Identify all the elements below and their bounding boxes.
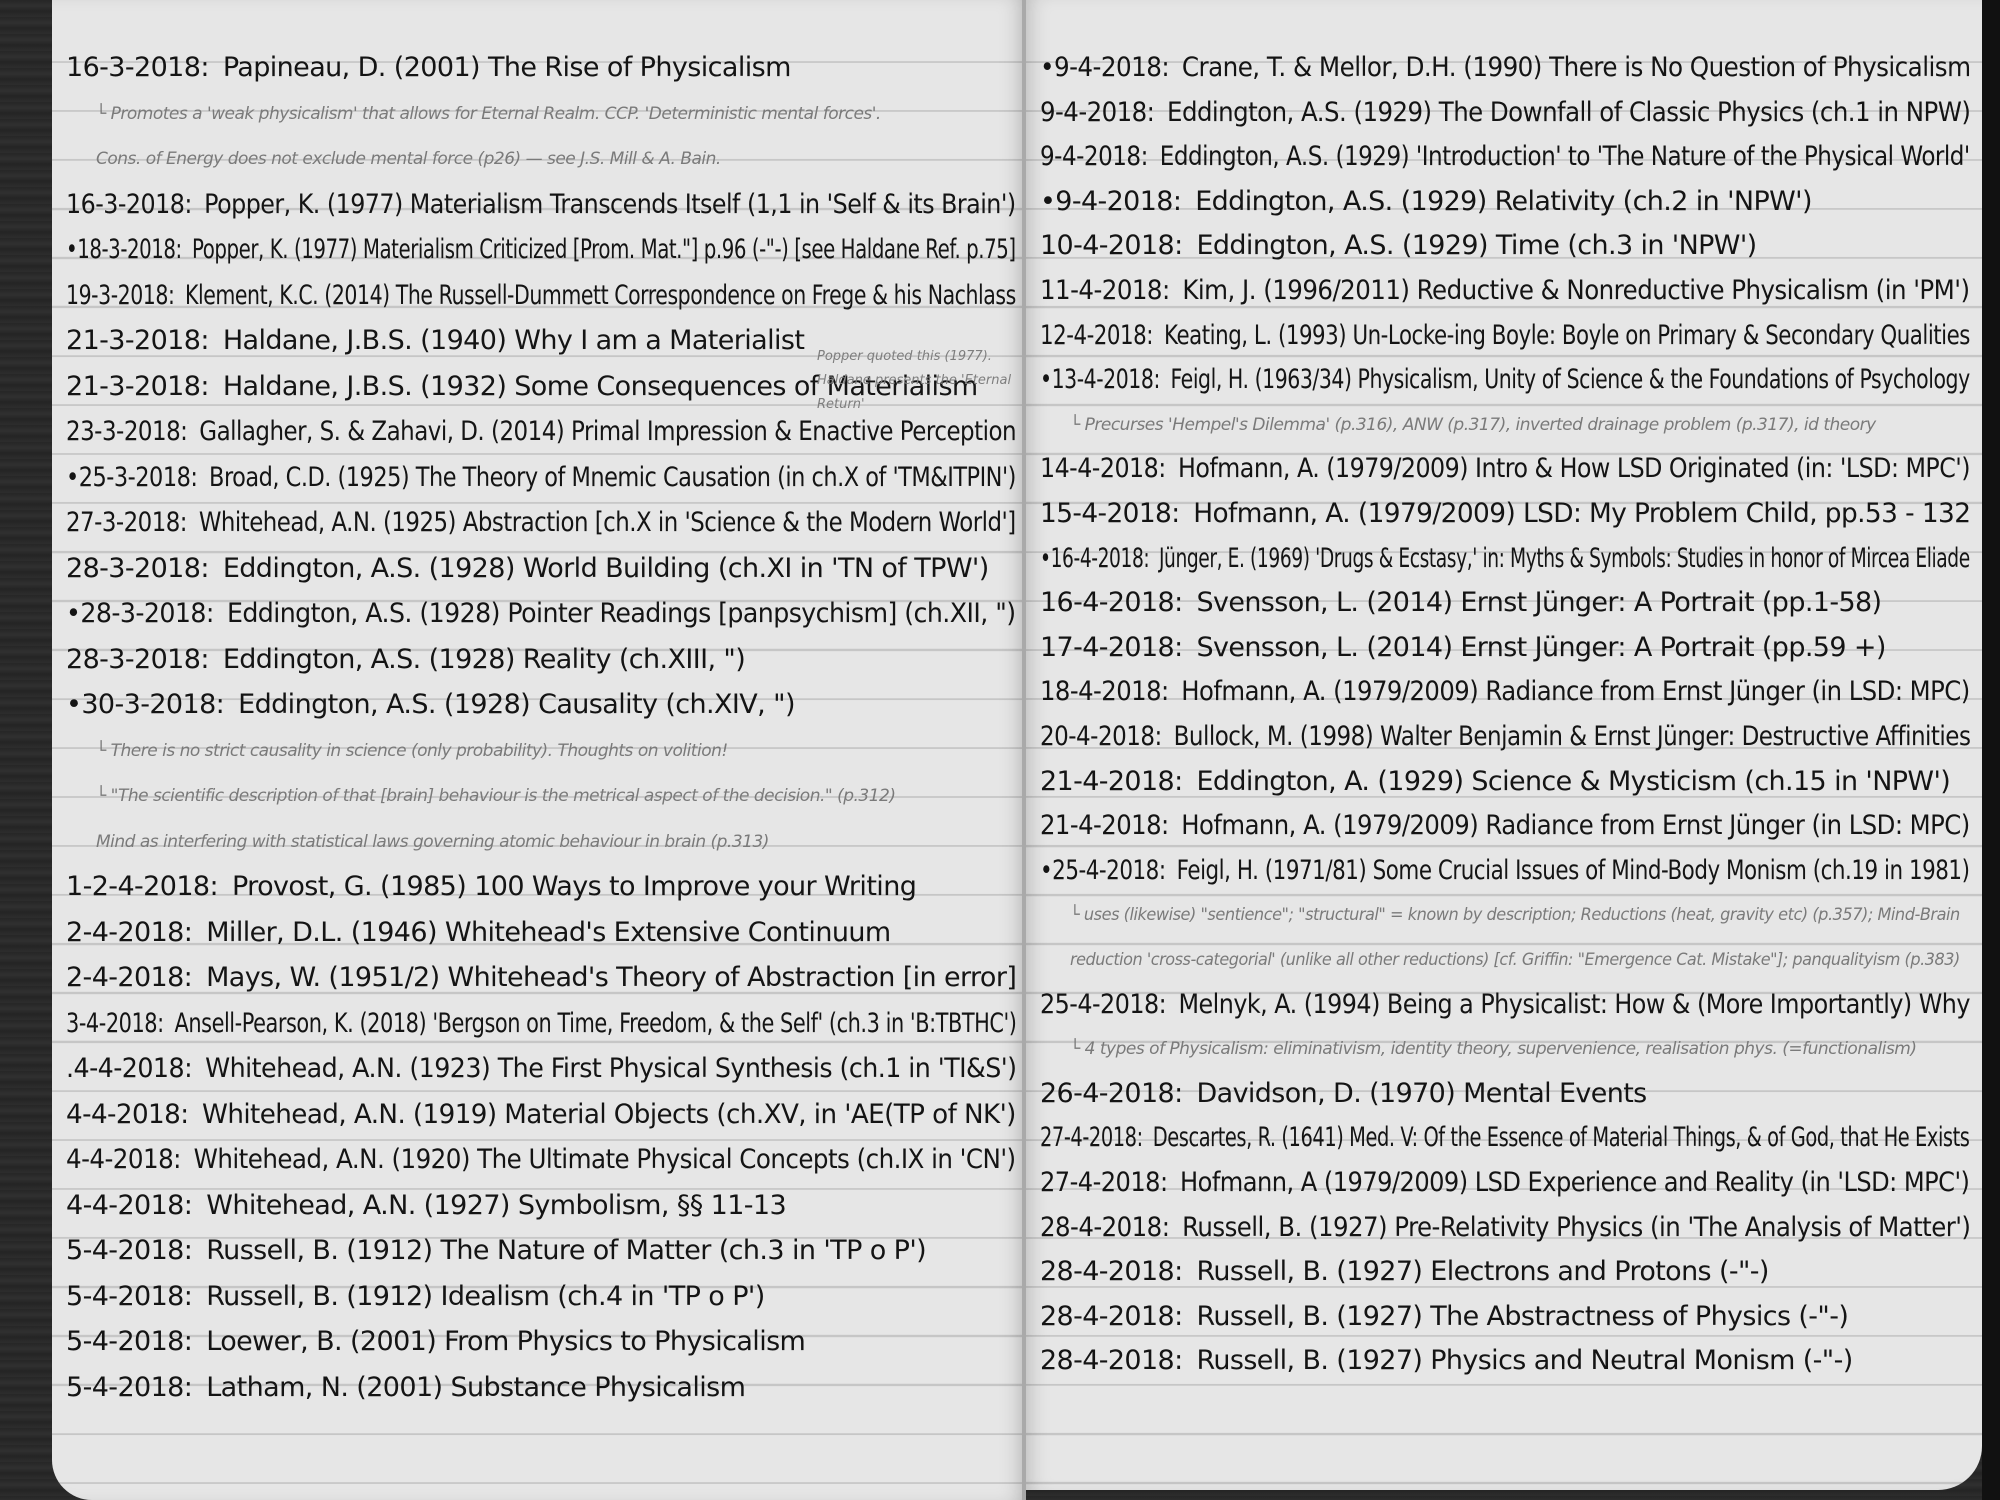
entry-date: 27-4-2018: [1040, 1122, 1148, 1153]
entry-extra: (in 'The Analysis of Matter') [1650, 1212, 1970, 1243]
entry-annotation: Cons. of Energy does not exclude mental … [96, 149, 721, 169]
entry-date: •30-3-2018: [66, 689, 232, 720]
entry-date: 5-4-2018: [66, 1326, 200, 1357]
log-entry: 12-4-2018: Keating, L. (1993) Un-Locke-i… [1040, 320, 1777, 351]
log-entry: 26-4-2018: Davidson, D. (1970) Mental Ev… [1040, 1078, 1970, 1109]
entry-author: Keating, L. [1164, 320, 1278, 351]
entry-date: 28-3-2018: [66, 553, 217, 584]
entry-year: (1927) [1336, 1345, 1430, 1376]
log-entry: 17-4-2018: Svensson, L. (2014) Ernst Jün… [1040, 632, 1970, 663]
entry-title: 'Drugs & Ecstasy,' [1315, 543, 1482, 574]
entry-date: •28-3-2018: [66, 598, 221, 629]
entry-year: (1979/2009) [1358, 498, 1523, 529]
log-entry: 28-3-2018: Eddington, A.S. (1928) Realit… [66, 644, 1014, 675]
entry-date: 1-2-4-2018: [66, 871, 226, 902]
entry-year: (1977) [327, 189, 410, 220]
entry-date: •9-4-2018: [1040, 186, 1189, 217]
log-entry: 2-4-2018: Mays, W. (1951/2) Whitehead's … [66, 962, 1013, 993]
entry-date: 25-4-2018: [1040, 989, 1173, 1020]
entry-year: (1951/2) [328, 962, 447, 993]
entry-title: Being a Physicalist: How & (More Importa… [1387, 989, 1970, 1020]
log-entry: 23-3-2018: Gallagher, S. & Zahavi, D. (2… [66, 416, 872, 447]
entry-title: The First Physical Synthesis [498, 1053, 840, 1084]
entry-year: (1994) [1304, 989, 1387, 1020]
entry-year: (1970) [1369, 1078, 1463, 1109]
entry-title: Walter Benjamin & Ernst Jünger: Destruct… [1380, 721, 1970, 752]
entry-date: 28-3-2018: [66, 644, 217, 675]
entry-year: (1929) [1377, 766, 1471, 797]
entry-year: (1925) [338, 462, 416, 493]
entry-year: (1969) [1250, 543, 1315, 574]
entry-extra: (ch.IX in 'CN') [857, 1144, 1016, 1175]
entry-annotation: └ Precurses 'Hempel's Dilemma' (p.316), … [1070, 415, 1876, 435]
entry-date: 21-4-2018: [1040, 766, 1191, 797]
entry-date: 27-3-2018: [66, 507, 194, 538]
entry-author: Eddington, A.S. [227, 598, 419, 629]
entry-year: (1920) [391, 1144, 477, 1175]
log-entry: 1-2-4-2018: Provost, G. (1985) 100 Ways … [66, 871, 1014, 902]
entry-date: 4-4-2018: [66, 1099, 196, 1130]
entry-date: 23-3-2018: [66, 416, 194, 447]
entry-author: Latham, N. [206, 1372, 356, 1403]
entry-author: Russell, B. [206, 1281, 346, 1312]
entry-title: Physicalism, Unity of Science & the Foun… [1358, 364, 1970, 395]
log-entry: •25-3-2018: Broad, C.D. (1925) The Theor… [66, 462, 854, 493]
log-entry: 27-4-2018: Hofmann, A (1979/2009) LSD Ex… [1040, 1167, 1872, 1198]
entry-date: 3-4-2018: [66, 1008, 170, 1039]
entry-author: Klement, K.C. [185, 280, 324, 311]
entry-title: The Russell-Dummett Correspondence on Fr… [396, 280, 1016, 311]
entry-title: Time [1496, 230, 1568, 261]
entry-annotation: └ There is no strict causality in scienc… [96, 741, 728, 761]
log-entry: 14-4-2018: Hofmann, A. (1979/2009) Intro… [1040, 453, 1860, 484]
notebook-left-page: 16-3-2018: Papineau, D. (2001) The Rise … [52, 0, 1024, 1500]
entry-year: (1927) [1309, 1212, 1394, 1243]
entry-date: 16-3-2018: [66, 52, 217, 83]
entry-title: Radiance from Ernst Jünger [1485, 810, 1811, 841]
notebook-right-page: •9-4-2018: Crane, T. & Mellor, D.H. (199… [1026, 0, 1982, 1490]
log-entry: 16-3-2018: Papineau, D. (2001) The Rise … [66, 52, 1014, 83]
entry-author: Hofmann, A. [1181, 810, 1333, 841]
entry-title: The Downfall of Classic Physics [1439, 97, 1811, 128]
entry-author: Feigl, H. [1177, 855, 1265, 886]
entry-author: Eddington, A.S. [1196, 230, 1401, 261]
log-entry: 16-4-2018: Svensson, L. (2014) Ernst Jün… [1040, 587, 1970, 618]
log-entry: 5-4-2018: Loewer, B. (2001) From Physics… [66, 1326, 1014, 1357]
entry-title: The Rise of Physicalism [488, 52, 791, 83]
entry-annotation: Mind as interfering with statistical law… [96, 832, 769, 852]
entry-extra: (ch.15 in 'NPW') [1744, 766, 1950, 797]
log-entry: •13-4-2018: Feigl, H. (1963/34) Physical… [1040, 364, 1746, 395]
entry-title: Med. V: Of the Essence of Material Thing… [1349, 1122, 1969, 1153]
log-entry: •30-3-2018: Eddington, A.S. (1928) Causa… [66, 689, 1014, 720]
log-entry: 18-4-2018: Hofmann, A. (1979/2009) Radia… [1040, 676, 1880, 707]
entry-year: (2014) [1366, 632, 1460, 663]
entry-author: Whitehead, A.N. [202, 1099, 413, 1130]
entry-title: There is No Question of Physicalism [1549, 52, 1970, 83]
entry-date: 5-4-2018: [66, 1235, 200, 1266]
log-entry: •9-4-2018: Crane, T. & Mellor, D.H. (199… [1040, 52, 1890, 83]
entry-extra: (in ch.X of 'TM&ITPIN') [777, 462, 1016, 493]
entry-title: World Building [523, 553, 718, 584]
entry-date: 18-4-2018: [1040, 676, 1176, 707]
entry-extra: (-"-) [1798, 1301, 1848, 1332]
entry-title: Pointer Readings [507, 598, 718, 629]
entry-year: (2018) [359, 1008, 432, 1039]
entry-date: 28-4-2018: [1040, 1256, 1191, 1287]
entry-extra: §§ 11-13 [677, 1190, 786, 1221]
log-entry: 27-3-2018: Whitehead, A.N. (1925) Abstra… [66, 507, 869, 538]
entry-year: (2001) [350, 1326, 444, 1357]
entry-title: From Physics to Physicalism [444, 1326, 805, 1357]
entry-author: Jünger, E. [1159, 543, 1250, 574]
log-entry: 9-4-2018: Eddington, A.S. (1929) The Dow… [1040, 97, 1884, 128]
entry-date: 15-4-2018: [1040, 498, 1187, 529]
entry-date: 17-4-2018: [1040, 632, 1191, 663]
log-entry: 15-4-2018: Hofmann, A. (1979/2009) LSD: … [1040, 498, 1951, 529]
entry-extra: (ch.1 in 'TI&S') [840, 1053, 1017, 1084]
entry-year: (1929) [1353, 97, 1438, 128]
margin-annotation: Popper quoted this (1977). Haldane prese… [817, 345, 1017, 417]
entry-year: (2014) [491, 416, 571, 447]
entry-author: Eddington, A. [1196, 766, 1377, 797]
entry-author: Haldane, J.B.S. [223, 325, 420, 356]
log-entry: •28-3-2018: Eddington, A.S. (1928) Point… [66, 598, 952, 629]
entry-year: (1932) [420, 371, 514, 402]
entry-author: Svensson, L. [1196, 632, 1366, 663]
entry-title: Abstraction [463, 507, 595, 538]
entry-author: Hofmann, A. [1181, 676, 1333, 707]
log-entry: 21-4-2018: Eddington, A. (1929) Science … [1040, 766, 1970, 797]
entry-year: (1929) [1401, 186, 1495, 217]
entry-extra: [ch.X in 'Science & the Modern World'] [595, 507, 1016, 538]
entry-title: 'Bergson on Time, Freedom, & the Self' [432, 1008, 829, 1039]
entry-author: Melnyk, A. [1178, 989, 1303, 1020]
entry-year: (1927) [1336, 1301, 1430, 1332]
entry-date: 19-3-2018: [66, 280, 180, 311]
entry-extra: in: Myths & Symbols: Studies in honor of… [1482, 543, 1969, 574]
entry-date: 14-4-2018: [1040, 453, 1173, 484]
entry-title: Un-Locke-ing Boyle: Boyle on Primary & S… [1352, 320, 1970, 351]
entry-extra: (in 'PM') [1876, 275, 1970, 306]
entry-year: (1923) [409, 1053, 497, 1084]
entry-title: Substance Physicalism [450, 1372, 745, 1403]
entry-year: (1919) [413, 1099, 504, 1130]
log-entry: .4-4-2018: Whitehead, A.N. (1923) The Fi… [66, 1053, 956, 1084]
entry-author: Eddington, A.S. [1167, 97, 1353, 128]
entry-title: Relativity [1495, 186, 1623, 217]
entry-author: Hofmann, A [1180, 1167, 1324, 1198]
entry-year: (1977) [294, 234, 363, 265]
entry-date: •16-4-2018: [1040, 543, 1155, 574]
entry-date: 5-4-2018: [66, 1372, 200, 1403]
log-entry: 28-4-2018: Russell, B. (1927) Electrons … [1040, 1256, 1970, 1287]
log-entry: 28-3-2018: Eddington, A.S. (1928) World … [66, 553, 1014, 584]
entry-title: 'Introduction' to 'The Nature of the Phy… [1416, 141, 1970, 172]
entry-year: (1927) [424, 1190, 518, 1221]
entry-annotation: └ uses (likewise) "sentience"; "structur… [1070, 905, 1960, 925]
entry-extra: (ch.1 in NPW) [1811, 97, 1970, 128]
entry-title: Material Objects [504, 1099, 716, 1130]
entry-title: Whitehead's Extensive Continuum [445, 917, 891, 948]
entry-date: 26-4-2018: [1040, 1078, 1191, 1109]
entry-title: Causality [538, 689, 665, 720]
entry-title: LSD: My Problem Child, [1523, 498, 1825, 529]
entry-author: Crane, T. & Mellor, D.H. [1182, 52, 1463, 83]
entry-author: Russell, B. [1196, 1301, 1336, 1332]
entry-date: •13-4-2018: [1040, 364, 1166, 395]
entry-year: (1979/2009) [1333, 810, 1485, 841]
log-entry: 28-4-2018: Russell, B. (1927) The Abstra… [1040, 1301, 1970, 1332]
entry-date: 4-4-2018: [66, 1144, 188, 1175]
entry-year: (1979/2009) [1324, 1167, 1475, 1198]
entry-year: (1928) [429, 644, 523, 675]
entry-title: Materialism Transcends Itself [410, 189, 747, 220]
entry-date: 9-4-2018: [1040, 141, 1155, 172]
entry-author: Loewer, B. [206, 1326, 350, 1357]
entry-year: (1912) [346, 1281, 440, 1312]
entry-year: (1979/2009) [1326, 453, 1475, 484]
entry-date: 4-4-2018: [66, 1190, 200, 1221]
entry-title: Reductive & Nonreductive Physicalism [1417, 275, 1876, 306]
log-entry: 21-4-2018: Hofmann, A. (1979/2009) Radia… [1040, 810, 1880, 841]
log-entry: •18-3-2018: Popper, K. (1977) Materialis… [66, 234, 760, 265]
log-entry: •16-4-2018: Jünger, E. (1969) 'Drugs & E… [1040, 543, 1684, 574]
entry-date: •25-3-2018: [66, 462, 204, 493]
entry-extra: (pp.59 +) [1762, 632, 1886, 663]
entry-date: 27-4-2018: [1040, 1167, 1175, 1198]
log-entry: 10-4-2018: Eddington, A.S. (1929) Time (… [1040, 230, 1970, 261]
entry-year: (1996/2011) [1263, 275, 1416, 306]
entry-author: Bullock, M. [1174, 721, 1300, 752]
entry-author: Hofmann, A. [1178, 453, 1326, 484]
entry-year: (2001) [356, 1372, 450, 1403]
log-entry: 4-4-2018: Whitehead, A.N. (1919) Materia… [66, 1099, 986, 1130]
entry-title: Idealism [440, 1281, 557, 1312]
entry-author: Eddington, A.S. [223, 644, 429, 675]
log-entry: 20-4-2018: Bullock, M. (1998) Walter Ben… [1040, 721, 1834, 752]
entry-title: Ernst Jünger: A Portrait [1460, 632, 1762, 663]
log-entry: 5-4-2018: Latham, N. (2001) Substance Ph… [66, 1372, 1014, 1403]
log-entry: 2-4-2018: Miller, D.L. (1946) Whitehead'… [66, 917, 1014, 948]
entry-author: Ansell-Pearson, K. [175, 1008, 360, 1039]
entry-title: Why I am a Materialist [514, 325, 804, 356]
entry-year: (1985) [380, 871, 474, 902]
entry-author: Miller, D.L. [206, 917, 350, 948]
entry-title: Radiance from Ernst Jünger [1485, 676, 1811, 707]
entry-title: Physics and Neutral Monism [1430, 1345, 1802, 1376]
entry-date: 16-3-2018: [66, 189, 199, 220]
entry-date: 5-4-2018: [66, 1281, 200, 1312]
entry-date: 28-4-2018: [1040, 1212, 1177, 1243]
entry-extra: (ch.2 in 'NPW') [1623, 186, 1812, 217]
entry-date: 28-4-2018: [1040, 1301, 1191, 1332]
entry-extra: (ch.XIII, ") [619, 644, 745, 675]
entry-extra: (in LSD: MPC) [1811, 676, 1969, 707]
entry-year: (1928) [419, 598, 507, 629]
entry-annotation: └ "The scientific description of that [b… [96, 786, 896, 806]
entry-author: Eddington, A.S. [1160, 141, 1336, 172]
entry-year: (2014) [1366, 587, 1460, 618]
entry-date: 21-4-2018: [1040, 810, 1176, 841]
entry-extra: [Prom. Mat."] p.96 (-"-) [see Haldane Re… [573, 234, 1016, 265]
entry-extra: [panpsychism] (ch.XII, ") [718, 598, 1015, 629]
entry-author: Russell, B. [206, 1235, 346, 1266]
entry-title: Reality [523, 644, 619, 675]
entry-year: (1993) [1278, 320, 1352, 351]
entry-date: •18-3-2018: [66, 234, 188, 265]
entry-author: Russell, B. [1196, 1256, 1336, 1287]
entry-author: Gallagher, S. & Zahavi, D. [199, 416, 491, 447]
entry-title: Electrons and Protons [1430, 1256, 1719, 1287]
entry-author: Kim, J. [1182, 275, 1263, 306]
entry-title: Materialism Criticized [363, 234, 573, 265]
entry-title: The Nature of Matter [440, 1235, 718, 1266]
entry-date: 28-4-2018: [1040, 1345, 1191, 1376]
entry-extra: (ch.3 in 'TP o P') [719, 1235, 926, 1266]
entry-year: (2014) [324, 280, 395, 311]
entry-date: •25-4-2018: [1040, 855, 1172, 886]
entry-year: (1990) [1463, 52, 1549, 83]
entry-year: (1998) [1300, 721, 1380, 752]
entry-year: (1929) [1402, 230, 1496, 261]
entry-title: Intro & How LSD Originated [1475, 453, 1796, 484]
entry-author: Russell, B. [1196, 1345, 1336, 1376]
entry-author: Eddington, A.S. [1195, 186, 1400, 217]
entry-date: 2-4-2018: [66, 962, 200, 993]
entry-date: 12-4-2018: [1040, 320, 1159, 351]
entry-title: Science & Mysticism [1471, 766, 1744, 797]
entry-author: Eddington, A.S. [238, 689, 444, 720]
entry-year: (2001) [394, 52, 488, 83]
entry-extra: (ch.19 in 1981) [1813, 855, 1970, 886]
entry-extra: pp.53 - 132 [1825, 498, 1971, 529]
entry-year: (1928) [444, 689, 538, 720]
entry-author: Eddington, A.S. [223, 553, 429, 584]
entry-year: (1946) [351, 917, 445, 948]
entry-title: Symbolism, [518, 1190, 677, 1221]
entry-extra: (ch.3 in 'B:TBTHC') [829, 1008, 1017, 1039]
entry-author: Haldane, J.B.S. [223, 371, 420, 402]
entry-extra: (ch.XV, in 'AE(TP of NK') [716, 1099, 1015, 1130]
entry-extra: (in 'LSD: MPC') [1800, 1167, 1969, 1198]
entry-author: Papineau, D. [223, 52, 394, 83]
entry-extra: (in LSD: MPC) [1811, 810, 1969, 841]
entry-author: Whitehead, A.N. [205, 1053, 409, 1084]
entry-title: Mental Events [1463, 1078, 1646, 1109]
entry-title: Whitehead's Theory of Abstraction [448, 962, 903, 993]
entry-extra: (ch.3 in 'NPW') [1567, 230, 1756, 261]
log-entry: •9-4-2018: Eddington, A.S. (1929) Relati… [1040, 186, 1970, 217]
entry-year: (1927) [1336, 1256, 1430, 1287]
entry-annotation: └ Promotes a 'weak physicalism' that all… [96, 104, 881, 124]
log-entry: 19-3-2018: Klement, K.C. (2014) The Russ… [66, 280, 786, 311]
entry-date: •9-4-2018: [1040, 52, 1176, 83]
entry-title: The Abstractness of Physics [1430, 1301, 1798, 1332]
entry-title: The Theory of Mnemic Causation [416, 462, 777, 493]
log-entry: 9-4-2018: Eddington, A.S. (1929) 'Introd… [1040, 141, 1836, 172]
log-entry: 11-4-2018: Kim, J. (1996/2011) Reductive… [1040, 275, 1886, 306]
entry-author: Popper, K. [204, 189, 327, 220]
entry-date: .4-4-2018: [66, 1053, 200, 1084]
entry-annotation: reduction 'cross-categorial' (unlike all… [1070, 950, 1960, 970]
entry-year: (1912) [346, 1235, 440, 1266]
entry-date: 21-3-2018: [66, 371, 217, 402]
desk-edge [1982, 0, 2000, 1500]
entry-title: 100 Ways to Improve your Writing [474, 871, 916, 902]
entry-title: Primal Impression & Enactive Perception [571, 416, 1016, 447]
entry-date: 11-4-2018: [1040, 275, 1177, 306]
entry-extra: (-"-) [1719, 1256, 1769, 1287]
log-entry: •25-4-2018: Feigl, H. (1971/81) Some Cru… [1040, 855, 1780, 886]
entry-year: (1971/81) [1265, 855, 1373, 886]
entry-author: Davidson, D. [1196, 1078, 1369, 1109]
entry-author: Svensson, L. [1196, 587, 1366, 618]
log-entry: 4-4-2018: Whitehead, A.N. (1920) The Ult… [66, 1144, 929, 1175]
entry-author: Feigl, H. [1170, 364, 1254, 395]
entry-date: 9-4-2018: [1040, 97, 1162, 128]
entry-extra: (ch.4 in 'TP o P') [557, 1281, 764, 1312]
log-entry: 25-4-2018: Melnyk, A. (1994) Being a Phy… [1040, 989, 1863, 1020]
entry-title: Pre-Relativity Physics [1394, 1212, 1650, 1243]
log-entry: 5-4-2018: Russell, B. (1912) Idealism (c… [66, 1281, 1014, 1312]
log-entry: 28-4-2018: Russell, B. (1927) Physics an… [1040, 1345, 1970, 1376]
entry-year: (1940) [420, 325, 514, 356]
entry-date: 21-3-2018: [66, 325, 217, 356]
entry-year: (1963/34) [1255, 364, 1358, 395]
entry-year: (1979/2009) [1333, 676, 1485, 707]
entry-author: Descartes, R. [1153, 1122, 1282, 1153]
entry-year: (1925) [383, 507, 463, 538]
entry-extra: (ch.XIV, ") [665, 689, 795, 720]
entry-annotation: └ 4 types of Physicalism: eliminativism,… [1070, 1039, 1917, 1059]
entry-date: 10-4-2018: [1040, 230, 1191, 261]
entry-author: Whitehead, A.N. [199, 507, 383, 538]
log-entry: 16-3-2018: Popper, K. (1977) Materialism… [66, 189, 901, 220]
entry-author: Mays, W. [206, 962, 328, 993]
entry-author: Provost, G. [232, 871, 380, 902]
entry-author: Russell, B. [1182, 1212, 1309, 1243]
entry-title: Some Crucial Issues of Mind-Body Monism [1373, 855, 1813, 886]
entry-title: The Ultimate Physical Concepts [477, 1144, 856, 1175]
entry-author: Whitehead, A.N. [194, 1144, 392, 1175]
log-entry: 3-4-2018: Ansell-Pearson, K. (2018) 'Ber… [66, 1008, 800, 1039]
entry-year: (1929) [1335, 141, 1415, 172]
log-entry: 28-4-2018: Russell, B. (1927) Pre-Relati… [1040, 1212, 1884, 1243]
entry-year: (1928) [429, 553, 523, 584]
log-entry: 27-4-2018: Descartes, R. (1641) Med. V: … [1040, 1122, 1710, 1153]
log-entry: 4-4-2018: Whitehead, A.N. (1927) Symboli… [66, 1190, 1014, 1221]
entry-extra: (pp.1-58) [1762, 587, 1882, 618]
entry-extra: [in error] [903, 962, 1017, 993]
entry-date: 16-4-2018: [1040, 587, 1191, 618]
entry-author: Broad, C.D. [209, 462, 337, 493]
entry-extra: (1,1 in 'Self & its Brain') [747, 189, 1016, 220]
log-entry: 5-4-2018: Russell, B. (1912) The Nature … [66, 1235, 1014, 1266]
entry-extra: (ch.XI in 'TN of TPW') [718, 553, 989, 584]
entry-date: 2-4-2018: [66, 917, 200, 948]
entry-extra: (-"-) [1803, 1345, 1853, 1376]
entry-title: Ernst Jünger: A Portrait [1460, 587, 1762, 618]
entry-title: LSD Experience and Reality [1475, 1167, 1801, 1198]
entry-extra: (in: 'LSD: MPC') [1796, 453, 1970, 484]
entry-author: Popper, K. [192, 234, 294, 265]
entry-author: Whitehead, A.N. [206, 1190, 423, 1221]
entry-date: 20-4-2018: [1040, 721, 1168, 752]
entry-year: (1641) [1281, 1122, 1349, 1153]
entry-author: Hofmann, A. [1193, 498, 1358, 529]
